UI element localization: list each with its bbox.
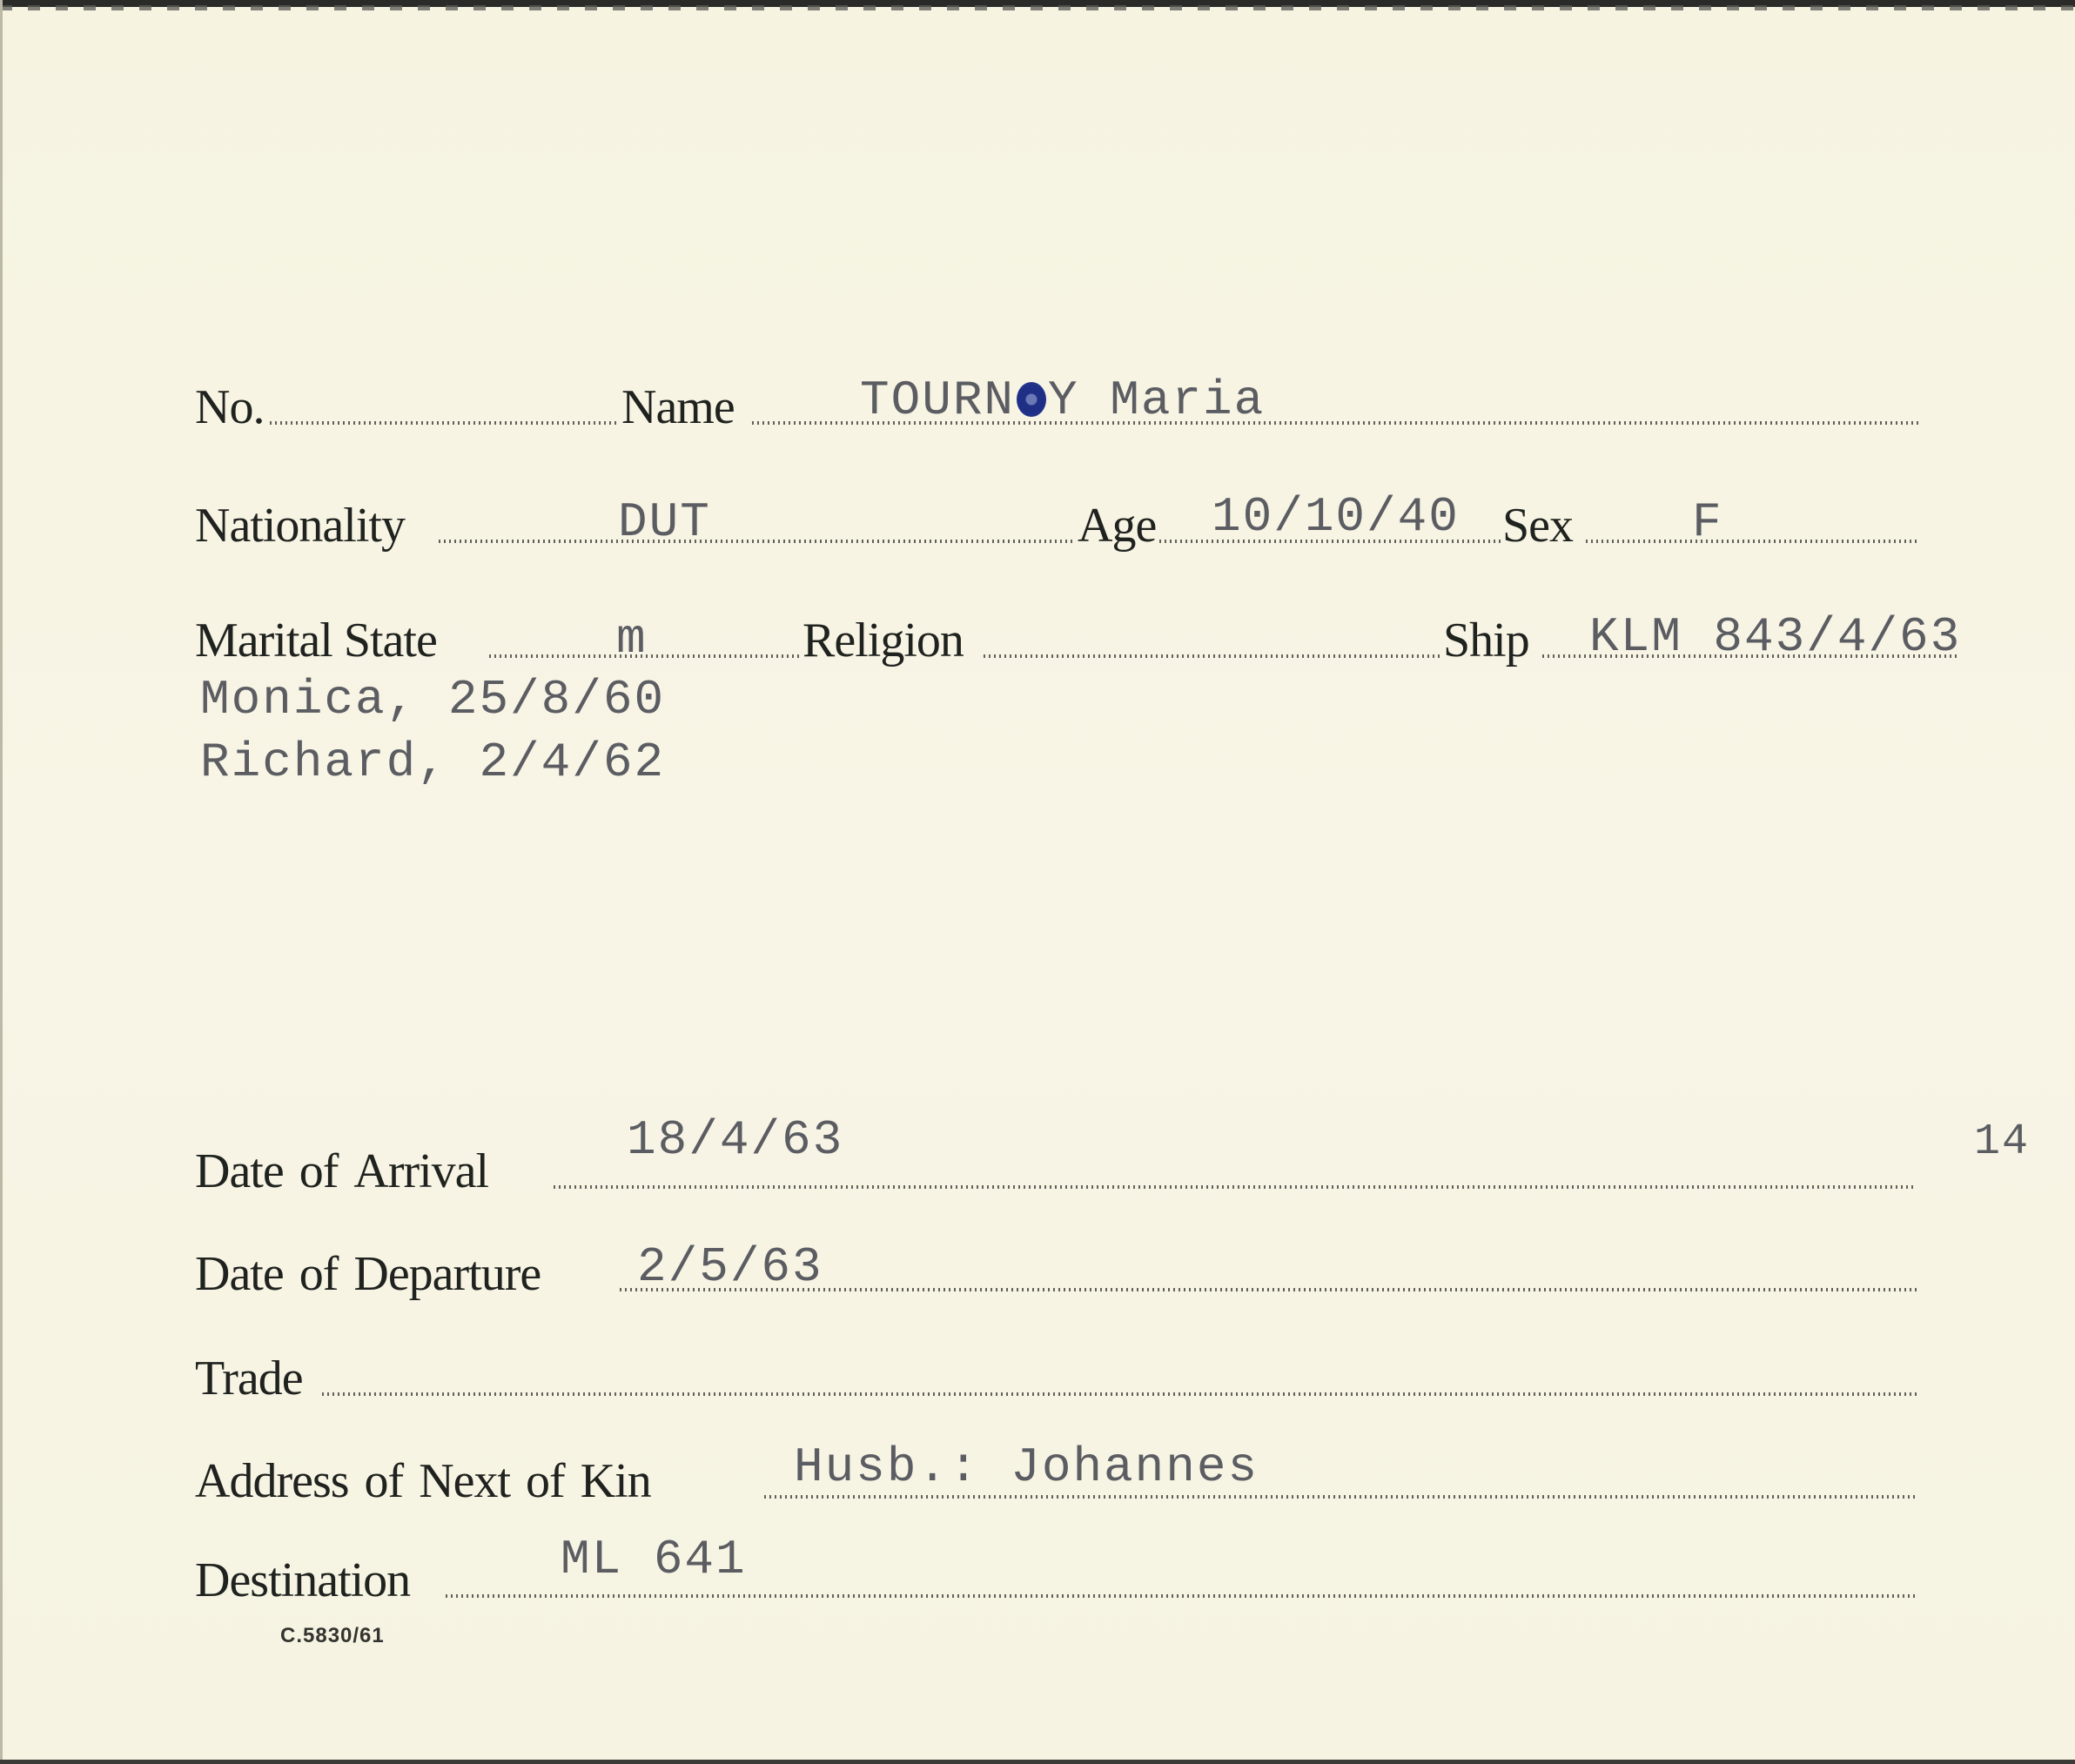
no-dotted-line <box>270 421 618 425</box>
name-value-part2: Y Maria <box>1048 372 1265 428</box>
sex-dotted-line <box>1586 540 1920 543</box>
address-next-of-kin-dotted-line <box>764 1495 1917 1499</box>
name-value: TOURNY Maria <box>860 376 1265 425</box>
child-entry: Richard, 2/4/62 <box>200 738 665 787</box>
immigration-card: No. Name TOURNY Maria Nationality DUT Ag… <box>0 0 2075 1764</box>
religion-dotted-line <box>984 654 1441 658</box>
religion-label: Religion <box>802 616 964 665</box>
no-label: No. <box>195 383 264 432</box>
address-next-of-kin-label: AddressofNextofKin <box>195 1457 651 1506</box>
child-entry: Monica, 25/8/60 <box>200 675 665 724</box>
trade-dotted-line <box>322 1392 1917 1396</box>
date-of-arrival-dotted-line <box>554 1185 1917 1189</box>
card-bottom-edge <box>0 1760 2075 1764</box>
marital-state-value: m <box>616 614 648 663</box>
card-left-edge <box>0 0 3 1764</box>
name-label: Name <box>621 383 735 432</box>
nationality-label: Nationality <box>195 501 405 550</box>
ink-blot <box>1017 382 1046 417</box>
date-of-departure-label: DateofDeparture <box>195 1250 541 1298</box>
ship-label: Ship <box>1443 616 1529 665</box>
form-code: C.5830/61 <box>280 1624 385 1648</box>
age-label: Age <box>1078 501 1156 550</box>
date-of-departure-value: 2/5/63 <box>637 1243 823 1291</box>
sex-value: F <box>1692 498 1723 547</box>
destination-label: Destination <box>195 1556 410 1605</box>
card-number: 14 <box>1974 1121 2030 1164</box>
nationality-value: DUT <box>618 498 711 547</box>
destination-value: ML 641 <box>561 1535 747 1584</box>
address-next-of-kin-value: Husb.: Johannes <box>794 1443 1259 1492</box>
trade-label: Trade <box>195 1354 303 1403</box>
marital-state-label: Marital State <box>195 616 437 665</box>
nationality-dotted-line <box>439 540 1076 543</box>
name-value-part1: TOURN <box>860 372 1015 428</box>
sex-label: Sex <box>1502 501 1573 550</box>
age-value: 10/10/40 <box>1212 493 1460 541</box>
perforation-line <box>0 5 2075 10</box>
date-of-arrival-value: 18/4/63 <box>627 1116 843 1164</box>
ship-value: KLM 843/4/63 <box>1589 613 1961 661</box>
date-of-arrival-label: DateofArrival <box>195 1147 488 1196</box>
destination-dotted-line <box>446 1594 1917 1598</box>
